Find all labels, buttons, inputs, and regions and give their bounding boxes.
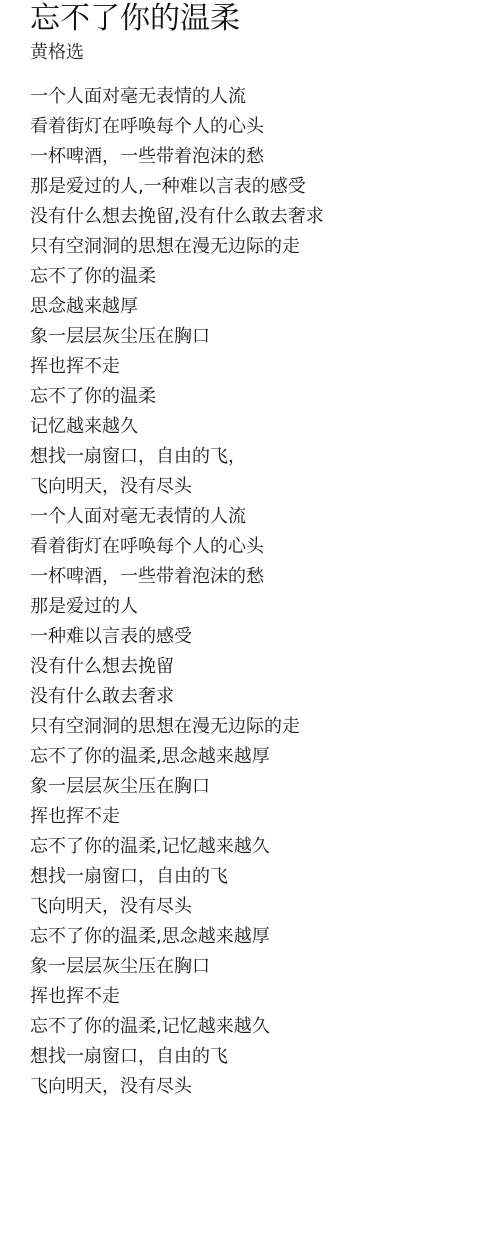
lyric-line: 一杯啤酒，一些带着泡沫的愁 (30, 142, 490, 172)
lyric-line: 挥也挥不走 (30, 982, 490, 1012)
lyric-line: 一种难以言表的感受 (30, 622, 490, 652)
lyrics-list: 一个人面对毫无表情的人流 看着街灯在呼唤每个人的心头 一杯啤酒，一些带着泡沫的愁… (30, 82, 490, 1102)
lyric-line: 看着街灯在呼唤每个人的心头 (30, 532, 490, 562)
lyric-line: 忘不了你的温柔 (30, 382, 490, 412)
song-title: 忘不了你的温柔 (30, 1, 490, 37)
lyric-line: 飞向明天，没有尽头 (30, 1072, 490, 1102)
lyrics-page: 忘不了你的温柔 黄格选 一个人面对毫无表情的人流 看着街灯在呼唤每个人的心头 一… (30, 0, 490, 1102)
lyric-line: 飞向明天，没有尽头 (30, 892, 490, 922)
lyric-line: 想找一扇窗口，自由的飞 (30, 1042, 490, 1072)
lyric-line: 飞向明天，没有尽头 (30, 472, 490, 502)
lyric-line: 只有空洞洞的思想在漫无边际的走 (30, 232, 490, 262)
lyric-line: 没有什么敢去奢求 (30, 682, 490, 712)
lyric-line: 一杯啤酒，一些带着泡沫的愁 (30, 562, 490, 592)
lyric-line: 象一层层灰尘压在胸口 (30, 772, 490, 802)
lyric-line: 挥也挥不走 (30, 352, 490, 382)
lyric-line: 没有什么想去挽留 (30, 652, 490, 682)
lyric-line: 忘不了你的温柔,记忆越来越久 (30, 1012, 490, 1042)
lyric-line: 没有什么想去挽留,没有什么敢去奢求 (30, 202, 490, 232)
lyric-line: 看着街灯在呼唤每个人的心头 (30, 112, 490, 142)
lyric-line: 象一层层灰尘压在胸口 (30, 322, 490, 352)
lyric-line: 记忆越来越久 (30, 412, 490, 442)
lyric-line: 忘不了你的温柔,思念越来越厚 (30, 922, 490, 952)
artist-name: 黄格选 (30, 41, 490, 65)
lyric-line: 挥也挥不走 (30, 802, 490, 832)
lyric-line: 那是爱过的人 (30, 592, 490, 622)
lyric-line: 想找一扇窗口，自由的飞 (30, 862, 490, 892)
lyric-line: 忘不了你的温柔 (30, 262, 490, 292)
lyric-line: 只有空洞洞的思想在漫无边际的走 (30, 712, 490, 742)
lyric-line: 想找一扇窗口，自由的飞， (30, 442, 490, 472)
lyric-line: 一个人面对毫无表情的人流 (30, 502, 490, 532)
lyric-line: 象一层层灰尘压在胸口 (30, 952, 490, 982)
lyric-line: 思念越来越厚 (30, 292, 490, 322)
lyric-line: 忘不了你的温柔,记忆越来越久 (30, 832, 490, 862)
lyric-line: 那是爱过的人,一种难以言表的感受 (30, 172, 490, 202)
lyric-line: 一个人面对毫无表情的人流 (30, 82, 490, 112)
lyric-line: 忘不了你的温柔,思念越来越厚 (30, 742, 490, 772)
